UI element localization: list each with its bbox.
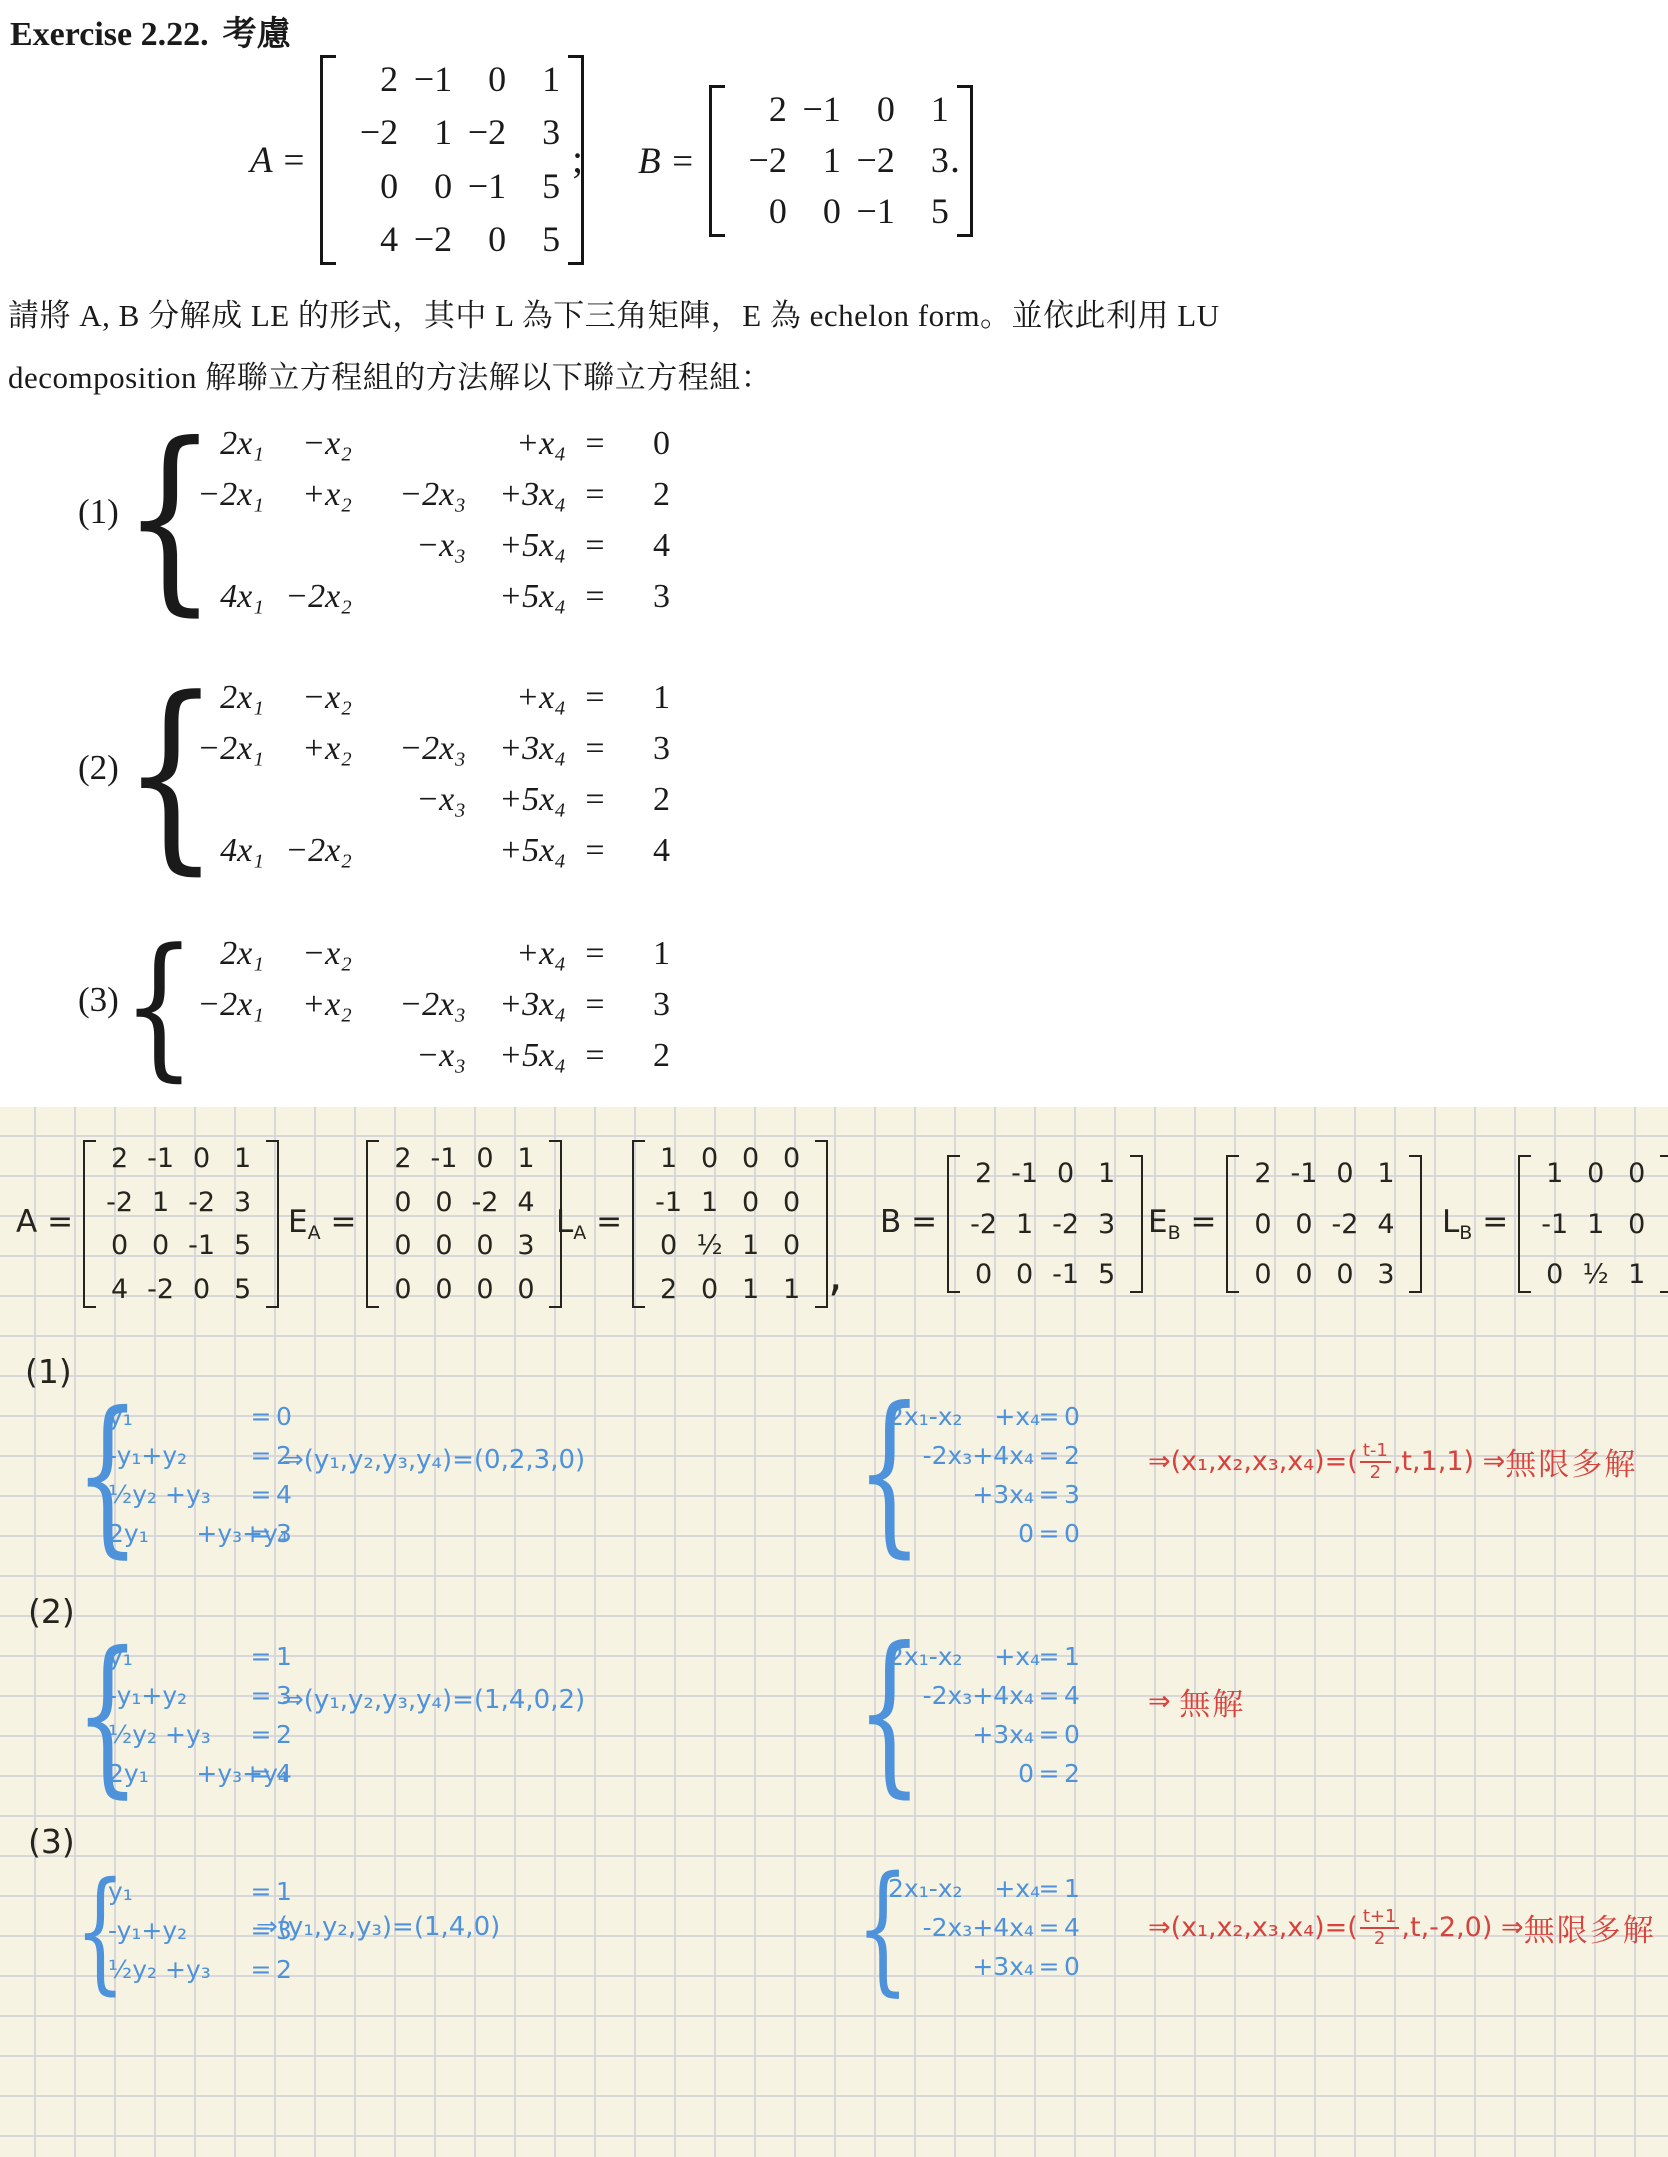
matrix-cell: 1	[140, 1189, 181, 1216]
matrix-row: 0000	[382, 1276, 546, 1303]
equation-rhs: 3	[624, 986, 670, 1024]
hw-matrix-EB: EB = 2-10100-240003	[1148, 1155, 1422, 1293]
matrix-cell: 0	[1324, 1261, 1365, 1288]
hw-equation-row: +3x₄=3	[888, 1475, 1100, 1514]
matrix-row: 00−15	[733, 193, 949, 231]
part-2-back-system: 2x₁-x₂ +x₄=1-2x₃+4x₄=4+3x₄=00=2	[888, 1637, 1100, 1793]
hw-matrix-LB: LB = 100-1100½1	[1442, 1155, 1668, 1293]
equals-sign: =	[566, 781, 624, 819]
equation-row: 2x₁−x₂+x₄=1	[162, 672, 670, 723]
equation-row: −x₃+5x₄=2	[162, 1030, 670, 1081]
equals-sign: =	[1034, 1759, 1064, 1788]
matrix-cell: 0	[689, 1145, 730, 1172]
matrix-row: 00−15	[344, 168, 560, 206]
matrix-cell: 0	[787, 193, 841, 231]
matrix-B-label: B =	[638, 140, 695, 183]
hw-LB-grid: 100-1100½1	[1518, 1155, 1668, 1293]
hw-equation-lhs: 0	[888, 1759, 1034, 1788]
hw-equation-rhs: 1	[1064, 1642, 1100, 1671]
part-3-conclusion-cjk: 無限多解	[1524, 1905, 1656, 1950]
fraction-numerator: t-1	[1360, 1441, 1391, 1463]
matrix-cell: -1	[1534, 1211, 1575, 1238]
matrix-row: 4-205	[99, 1276, 263, 1303]
matrix-row: 00-15	[963, 1261, 1127, 1288]
part-3-conclusion-pre: ⇒(x₁,x₂,x₃,x₄)=(	[1148, 1912, 1358, 1943]
matrix-row: -21-23	[99, 1189, 263, 1216]
matrix-row: 00-24	[382, 1189, 546, 1216]
printed-matrix-A: A = 2−101−21−2300−154−205	[250, 55, 584, 265]
matrix-row: −21−23	[733, 142, 949, 180]
hw-equation-lhs: y₁	[108, 1402, 246, 1431]
hw-equation-row: -2x₃+4x₄=2	[888, 1436, 1100, 1475]
hw-equation-lhs: -y₁+y₂	[108, 1681, 246, 1710]
equation-term: +x₂	[264, 986, 352, 1024]
hw-EA-letter: E	[288, 1204, 308, 1240]
hw-equation-row: 2y₁ +y₃+y₄=4	[108, 1754, 312, 1793]
matrix-cell: 0	[1283, 1211, 1324, 1238]
matrix-cell: 1	[771, 1276, 812, 1303]
hw-equation-lhs: 2x₁-x₂ +x₄	[888, 1874, 1034, 1903]
equation-term: −x₃	[352, 781, 466, 819]
matrix-cell: −1	[452, 168, 506, 206]
matrix-cell: 0	[382, 1189, 423, 1216]
equation-term: +5x₄	[466, 1037, 566, 1075]
hw-equation-lhs: y₁	[108, 1642, 246, 1671]
matrix-cell: 0	[398, 168, 452, 206]
equals-sign: =	[246, 1877, 276, 1906]
part-2-conclusion: ⇒ 無解	[1148, 1679, 1245, 1724]
hw-equation-lhs: 2x₁-x₂ +x₄	[888, 1642, 1034, 1671]
matrix-cell: 0	[181, 1145, 222, 1172]
equation-rhs: 2	[624, 476, 670, 514]
equals-sign: =	[246, 1441, 276, 1470]
hw-equation-rhs: 0	[1064, 1952, 1100, 1981]
hw-equation-lhs: -2x₃+4x₄	[888, 1913, 1034, 1942]
hw-equation-row: ½y₂ +y₃=2	[108, 1950, 312, 1989]
hw-equation-rhs: 1	[276, 1877, 312, 1906]
hw-equation-rhs: 4	[276, 1480, 312, 1509]
matrix-cell: -1	[1004, 1160, 1045, 1187]
matrix-cell: 1	[1616, 1261, 1657, 1288]
semicolon: ;	[572, 135, 583, 182]
matrix-cell: 1	[506, 61, 560, 99]
hw-equation-row: ½y₂ +y₃=4	[108, 1475, 312, 1514]
hw-LB-eq: =	[1482, 1204, 1508, 1240]
matrix-A-label: A =	[250, 139, 306, 182]
matrix-cell: 0	[423, 1276, 464, 1303]
equation-row: 4x₁−2x₂+5x₄=4	[162, 825, 670, 876]
hw-equation-lhs: -y₁+y₂	[108, 1916, 246, 1945]
matrix-cell: 0	[452, 61, 506, 99]
matrix-row: 0½1	[1534, 1261, 1657, 1288]
hw-matrix-B: B = 2-101-21-2300-15	[880, 1155, 1143, 1293]
hw-equation-rhs: 4	[276, 1759, 312, 1788]
hw-equation-lhs: +3x₄	[888, 1952, 1034, 1981]
matrix-row: 4−205	[344, 221, 560, 259]
matrix-cell: -2	[464, 1189, 505, 1216]
equals-sign: =	[566, 679, 624, 717]
matrix-row: -1100	[648, 1189, 812, 1216]
matrix-cell: 0	[423, 1232, 464, 1259]
hw-equation-row: 2x₁-x₂ +x₄=1	[888, 1637, 1100, 1676]
hw-equation-rhs: 2	[276, 1955, 312, 1984]
equation-row: −2x₁+x₂−2x₃+3x₄=2	[162, 469, 670, 520]
hw-equation-rhs: 0	[1064, 1402, 1100, 1431]
part-3-forward-result: ⇒(y₁,y₂,y₃)=(1,4,0)	[256, 1912, 500, 1942]
matrix-cell: −2	[398, 221, 452, 259]
equals-sign: =	[566, 832, 624, 870]
matrix-cell: 2	[382, 1145, 423, 1172]
matrix-cell: 3	[895, 142, 949, 180]
equation-term: −x₂	[264, 935, 352, 973]
matrix-cell: 0	[452, 221, 506, 259]
matrix-cell: 2	[99, 1145, 140, 1172]
hw-A-grid: 2-101-21-2300-154-205	[83, 1140, 279, 1308]
equation-rhs: 4	[624, 832, 670, 870]
equation-rhs: 4	[624, 527, 670, 565]
matrix-cell: 2	[648, 1276, 689, 1303]
equals-sign: =	[246, 1519, 276, 1548]
matrix-cell: 0	[771, 1145, 812, 1172]
hw-equation-rhs: 1	[276, 1642, 312, 1671]
matrix-cell: 5	[222, 1276, 263, 1303]
matrix-cell: 3	[1086, 1211, 1127, 1238]
equation-term: −x₂	[264, 679, 352, 717]
hw-LA-sub: A	[573, 1222, 586, 1244]
matrix-cell: -2	[963, 1211, 1004, 1238]
matrix-cell: 0	[382, 1232, 423, 1259]
matrix-cell: 0	[140, 1232, 181, 1259]
hw-B-letter: B	[880, 1204, 901, 1240]
equals-sign: =	[246, 1480, 276, 1509]
matrix-row: 0003	[382, 1232, 546, 1259]
equals-sign: =	[1034, 1519, 1064, 1548]
matrix-cell: 0	[730, 1145, 771, 1172]
matrix-cell: −1	[398, 61, 452, 99]
matrix-cell: 2	[1242, 1160, 1283, 1187]
hw-EB-eq: =	[1191, 1204, 1217, 1240]
equation-term: −x₃	[352, 527, 466, 565]
fraction-denominator: 2	[1374, 1929, 1385, 1949]
equation-term: +x₄	[466, 425, 566, 463]
matrix-cell: -2	[140, 1276, 181, 1303]
matrix-cell: 1	[398, 114, 452, 152]
matrix-cell: 0	[733, 193, 787, 231]
equation-row: −x₃+5x₄=4	[162, 520, 670, 571]
equals-sign: =	[246, 1955, 276, 1984]
matrix-cell: -2	[1324, 1211, 1365, 1238]
matrix-cell: 1	[1575, 1211, 1616, 1238]
matrix-cell: 1	[730, 1276, 771, 1303]
equation-rhs: 2	[624, 1037, 670, 1075]
hw-EA-eq: =	[330, 1204, 356, 1240]
hw-equation-row: y₁=1	[108, 1872, 312, 1911]
matrix-row: 100	[1534, 1160, 1657, 1187]
part-2-forward-result: ⇒(y₁,y₂,y₃,y₄)=(1,4,0,2)	[282, 1685, 585, 1715]
part-2-forward-system: y₁=1-y₁+y₂=3½y₂ +y₃=22y₁ +y₃+y₄=4	[108, 1637, 312, 1793]
matrix-cell: 2	[344, 61, 398, 99]
equals-sign: =	[1034, 1642, 1064, 1671]
matrix-cell: 3	[505, 1232, 546, 1259]
matrix-row: -110	[1534, 1211, 1657, 1238]
matrix-row: 0½10	[648, 1232, 812, 1259]
equation-term: −2x₃	[352, 730, 466, 768]
matrix-cell: 0	[730, 1189, 771, 1216]
hw-equation-lhs: 2y₁ +y₃+y₄	[108, 1759, 246, 1788]
matrix-cell: 0	[1045, 1160, 1086, 1187]
matrix-cell: 0	[1575, 1160, 1616, 1187]
matrix-cell: 2	[733, 91, 787, 129]
matrix-cell: 0	[841, 91, 895, 129]
equals-sign: =	[1034, 1480, 1064, 1509]
hw-equation-row: y₁=1	[108, 1637, 312, 1676]
matrix-cell: 0	[505, 1276, 546, 1303]
matrix-cell: −2	[452, 114, 506, 152]
hw-A-eq: =	[47, 1204, 73, 1240]
equation-term: −2x₂	[264, 578, 352, 616]
equation-rhs: 3	[624, 730, 670, 768]
equation-term: +x₂	[264, 476, 352, 514]
matrix-cell: 4	[1365, 1211, 1406, 1238]
equation-term: −x₂	[264, 425, 352, 463]
hw-EB-grid: 2-10100-240003	[1226, 1155, 1422, 1293]
equals-sign: =	[1034, 1720, 1064, 1749]
matrix-cell: 0	[689, 1276, 730, 1303]
equation-term: +x₄	[466, 679, 566, 717]
hw-equation-rhs: 4	[1064, 1681, 1100, 1710]
equation-term: −2x₁	[162, 476, 264, 514]
equation-term: 4x₁	[162, 832, 264, 870]
system-1-label: (1)	[78, 492, 119, 532]
matrix-cell: 0	[1242, 1211, 1283, 1238]
hw-equation-lhs: ½y₂ +y₃	[108, 1955, 246, 1984]
equation-term: +x₂	[264, 730, 352, 768]
equation-row: −2x₁+x₂−2x₃+3x₄=3	[162, 723, 670, 774]
hw-equation-row: y₁=0	[108, 1397, 312, 1436]
hw-equation-row: +3x₄=0	[888, 1947, 1100, 1986]
matrix-cell: -1	[1045, 1261, 1086, 1288]
hw-EB-letter: E	[1148, 1204, 1168, 1240]
page: { "printed": { "title": "Exercise 2.22."…	[0, 0, 1668, 2157]
matrix-cell: -2	[1045, 1211, 1086, 1238]
equation-term: 2x₁	[162, 679, 264, 717]
hw-LA-eq: =	[596, 1204, 622, 1240]
part-1-label: (1)	[25, 1352, 72, 1391]
equals-sign: =	[1034, 1913, 1064, 1942]
part-1-back-system: 2x₁-x₂ +x₄=0-2x₃+4x₄=2+3x₄=30=0	[888, 1397, 1100, 1553]
equation-row: 2x₁−x₂+x₄=0	[162, 418, 670, 469]
matrix-cell: 0	[382, 1276, 423, 1303]
hw-equation-rhs: 3	[276, 1519, 312, 1548]
matrix-cell: 1	[505, 1145, 546, 1172]
part-3-back-system: 2x₁-x₂ +x₄=1-2x₃+4x₄=4+3x₄=0	[888, 1869, 1100, 1986]
equals-sign: =	[246, 1759, 276, 1788]
matrix-B-grid: 2−101−21−2300−15	[709, 85, 973, 237]
equation-term: 4x₁	[162, 578, 264, 616]
matrix-cell: 3	[506, 114, 560, 152]
hw-equation-rhs: 4	[1064, 1913, 1100, 1942]
hw-equation-row: 2x₁-x₂ +x₄=1	[888, 1869, 1100, 1908]
equation-term: 2x₁	[162, 935, 264, 973]
system-2-label: (2)	[78, 748, 119, 788]
matrix-cell: -1	[648, 1189, 689, 1216]
equation-term: 2x₁	[162, 425, 264, 463]
hw-equation-lhs: ½y₂ +y₃	[108, 1720, 246, 1749]
matrix-cell: -2	[181, 1189, 222, 1216]
matrix-cell: 0	[1283, 1261, 1324, 1288]
part-3-conclusion: ⇒(x₁,x₂,x₃,x₄)=( t+12 ,t,-2,0) ⇒ 無限多解	[1148, 1905, 1656, 1950]
equals-sign: =	[566, 730, 624, 768]
hw-equation-row: 2x₁-x₂ +x₄=0	[888, 1397, 1100, 1436]
matrix-row: 2-101	[99, 1145, 263, 1172]
matrix-cell: 0	[99, 1232, 140, 1259]
matrix-row: 2011	[648, 1276, 812, 1303]
equals-sign: =	[1034, 1402, 1064, 1431]
equation-row: 2x₁−x₂+x₄=1	[162, 928, 670, 979]
equals-sign: =	[566, 1037, 624, 1075]
hw-equation-row: 0=2	[888, 1754, 1100, 1793]
matrix-cell: 0	[648, 1232, 689, 1259]
hw-equation-lhs: -2x₃+4x₄	[888, 1441, 1034, 1470]
hw-equation-lhs: -y₁+y₂	[108, 1441, 246, 1470]
equation-row: −2x₁+x₂−2x₃+3x₄=3	[162, 979, 670, 1030]
hw-equation-rhs: 2	[1064, 1441, 1100, 1470]
equation-rhs: 2	[624, 781, 670, 819]
equation-row: −x₃+5x₄=2	[162, 774, 670, 825]
hw-equation-rhs: 2	[1064, 1759, 1100, 1788]
hw-equation-row: 0=0	[888, 1514, 1100, 1553]
fraction-denominator: 2	[1370, 1463, 1381, 1483]
hw-LB-sub: B	[1459, 1222, 1472, 1244]
hw-equation-lhs: ½y₂ +y₃	[108, 1480, 246, 1509]
equation-term: −2x₁	[162, 730, 264, 768]
matrix-cell: -1	[181, 1232, 222, 1259]
hw-LB-letter: L	[1442, 1204, 1459, 1240]
matrix-cell: 4	[505, 1189, 546, 1216]
equals-sign: =	[1034, 1874, 1064, 1903]
matrix-cell: -2	[99, 1189, 140, 1216]
hw-EA-sub: A	[308, 1222, 321, 1244]
matrix-cell: 1	[222, 1145, 263, 1172]
equation-rhs: 1	[624, 935, 670, 973]
matrix-row: -21-23	[963, 1211, 1127, 1238]
part-1-conclusion-cjk: 無限多解	[1505, 1439, 1637, 1484]
hw-equation-lhs: +3x₄	[888, 1480, 1034, 1509]
matrix-cell: 0	[464, 1232, 505, 1259]
hw-equation-rhs: 0	[1064, 1720, 1100, 1749]
matrix-cell: 1	[648, 1145, 689, 1172]
hw-comma: ,	[828, 1247, 843, 1301]
equals-sign: =	[566, 578, 624, 616]
equals-sign: =	[566, 527, 624, 565]
matrix-cell: -1	[1283, 1160, 1324, 1187]
matrix-cell: 1	[689, 1189, 730, 1216]
equation-term: −2x₂	[264, 832, 352, 870]
equals-sign: =	[1034, 1952, 1064, 1981]
matrix-row: 0003	[1242, 1261, 1406, 1288]
equation-term: −2x₁	[162, 986, 264, 1024]
equation-term: +x₄	[466, 935, 566, 973]
matrix-cell: 3	[222, 1189, 263, 1216]
equation-term: +3x₄	[466, 730, 566, 768]
matrix-cell: 0	[1616, 1160, 1657, 1187]
equation-term: +5x₄	[466, 781, 566, 819]
matrix-cell: −2	[733, 142, 787, 180]
system-2-equations: 2x₁−x₂+x₄=1−2x₁+x₂−2x₃+3x₄=3−x₃+5x₄=24x₁…	[162, 672, 670, 876]
equals-sign: =	[246, 1642, 276, 1671]
matrix-cell: 1	[1365, 1160, 1406, 1187]
matrix-cell: 1	[1004, 1211, 1045, 1238]
hw-matrix-A: A = 2-101-21-2300-154-205	[16, 1140, 279, 1308]
matrix-cell: −1	[787, 91, 841, 129]
matrix-cell: 0	[771, 1232, 812, 1259]
matrix-cell: 0	[1534, 1261, 1575, 1288]
matrix-cell: 0	[464, 1145, 505, 1172]
matrix-cell: 2	[963, 1160, 1004, 1187]
equation-rhs: 1	[624, 679, 670, 717]
hw-LA-grid: 1000-11000½102011	[632, 1140, 828, 1308]
hw-equation-lhs: +3x₄	[888, 1720, 1034, 1749]
matrix-cell: 0	[1324, 1160, 1365, 1187]
hw-LA-letter: L	[556, 1204, 573, 1240]
equals-sign: =	[566, 935, 624, 973]
system-3-equations: 2x₁−x₂+x₄=1−2x₁+x₂−2x₃+3x₄=3−x₃+5x₄=2	[162, 928, 670, 1081]
hw-equation-row: -2x₃+4x₄=4	[888, 1676, 1100, 1715]
hw-equation-lhs: y₁	[108, 1877, 246, 1906]
matrix-row: 1000	[648, 1145, 812, 1172]
equation-term: +5x₄	[466, 832, 566, 870]
matrix-cell: 3	[1365, 1261, 1406, 1288]
exercise-number: Exercise 2.22.	[10, 16, 209, 53]
hw-equation-rhs: 0	[1064, 1519, 1100, 1548]
instruction-line-2: decomposition 解聯立方程組的方法解以下聯立方程組：	[8, 352, 1663, 397]
part-3-label: (3)	[28, 1822, 75, 1861]
hw-equation-row: ½y₂ +y₃=2	[108, 1715, 312, 1754]
matrix-cell: 0	[1004, 1261, 1045, 1288]
part-1-conclusion-pre: ⇒(x₁,x₂,x₃,x₄)=(	[1148, 1446, 1358, 1477]
part-1-forward-result: ⇒(y₁,y₂,y₃,y₄)=(0,2,3,0)	[282, 1445, 585, 1475]
part-1-conclusion-post: ,t,1,1) ⇒	[1393, 1446, 1505, 1477]
matrix-row: 00-24	[1242, 1211, 1406, 1238]
equation-rhs: 0	[624, 425, 670, 463]
part-3-conclusion-post: ,t,-2,0) ⇒	[1401, 1912, 1523, 1943]
hw-equation-lhs: 2y₁ +y₃+y₄	[108, 1519, 246, 1548]
hw-EB-sub: B	[1168, 1222, 1181, 1244]
equals-sign: =	[246, 1681, 276, 1710]
equation-term: −2x₃	[352, 476, 466, 514]
system-1-equations: 2x₁−x₂+x₄=0−2x₁+x₂−2x₃+3x₄=2−x₃+5x₄=44x₁…	[162, 418, 670, 622]
matrix-cell: 0	[771, 1189, 812, 1216]
exercise-title-cjk: 考慮	[223, 16, 291, 53]
matrix-A-grid: 2−101−21−2300−154−205	[320, 55, 584, 265]
matrix-cell: ½	[1575, 1261, 1616, 1288]
matrix-cell: 1	[1086, 1160, 1127, 1187]
hw-equation-rhs: 0	[276, 1402, 312, 1431]
matrix-cell: 5	[506, 221, 560, 259]
equals-sign: =	[566, 425, 624, 463]
hw-equation-rhs: 2	[276, 1720, 312, 1749]
printed-matrix-B: B = 2−101−21−2300−15	[638, 85, 973, 237]
hw-EA-grid: 2-10100-2400030000	[366, 1140, 562, 1308]
part-1-forward-system: y₁=0-y₁+y₂=2½y₂ +y₃=42y₁ +y₃+y₄=3	[108, 1397, 312, 1553]
matrix-cell: 0	[464, 1276, 505, 1303]
equation-term: +3x₄	[466, 986, 566, 1024]
part-2-conclusion-pre: ⇒	[1148, 1686, 1179, 1717]
hw-equation-row: +3x₄=0	[888, 1715, 1100, 1754]
fraction-numerator: t+1	[1360, 1907, 1400, 1929]
equals-sign: =	[566, 476, 624, 514]
matrix-cell: 5	[222, 1232, 263, 1259]
